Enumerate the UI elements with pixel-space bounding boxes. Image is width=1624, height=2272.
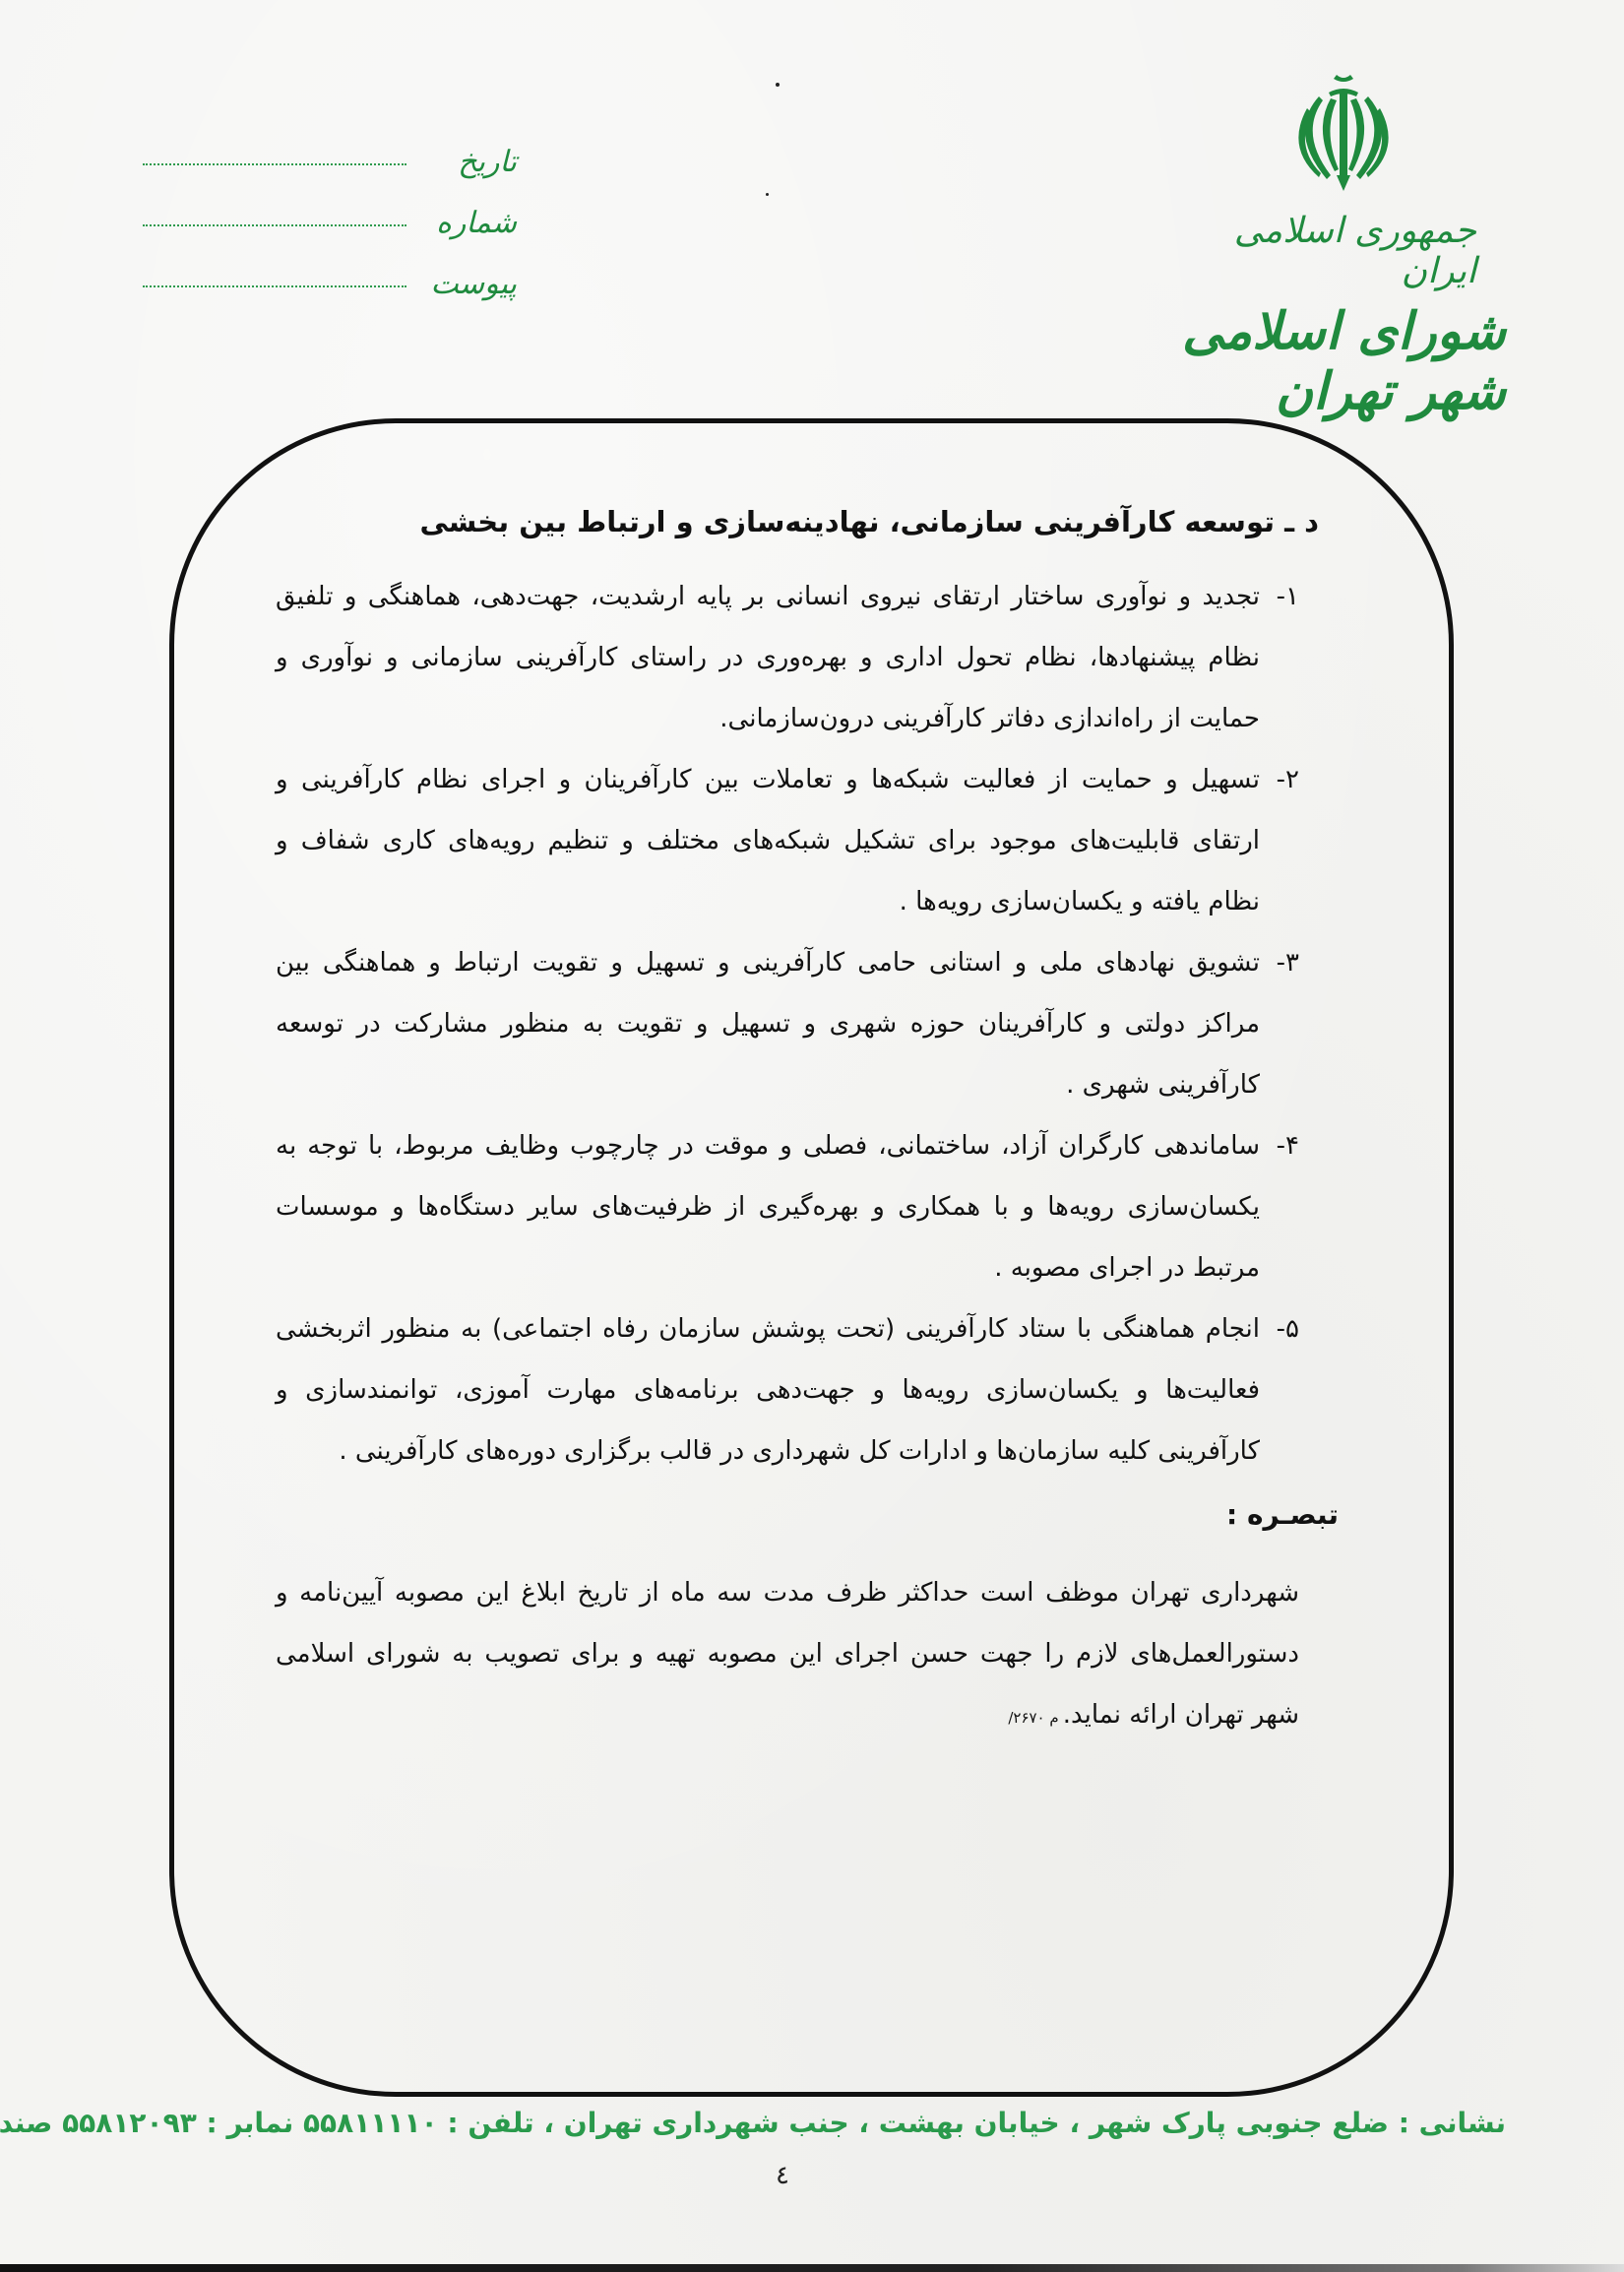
scan-edge (0, 2264, 1624, 2272)
item-number: ۵- (1260, 1298, 1299, 1482)
date-label: تاریخ (428, 145, 517, 179)
reference-code: م ۲۶۷۰/ (1008, 1709, 1058, 1727)
item-number: ۲- (1260, 749, 1299, 932)
document-body: د ـ توسعه کارآفرینی سازمانی، نهادینه‌ساز… (276, 497, 1299, 1748)
number-label: شماره (428, 206, 517, 240)
note-title: تبصـره : (276, 1485, 1339, 1545)
item-number: ۱- (1260, 566, 1299, 749)
republic-name: جمهوری اسلامی ایران (1181, 211, 1506, 291)
item-text: انجام هماهنگی با ستاد کارآفرینی (تحت پوش… (276, 1298, 1260, 1482)
item-number: ۳- (1260, 932, 1299, 1115)
scan-speck (776, 83, 780, 87)
page-number: ٤ (768, 2161, 797, 2190)
iran-emblem-icon (1280, 69, 1407, 197)
council-name: شورای اسلامی شهر تهران (1181, 301, 1506, 421)
list-item: ۵- انجام هماهنگی با ستاد کارآفرینی (تحت … (276, 1298, 1299, 1482)
scan-speck (766, 193, 769, 196)
list-item: ۲- تسهیل و حمایت از فعالیت شبکه‌ها و تعا… (276, 749, 1299, 932)
note-text: شهرداری تهران موظف است حداکثر ظرف مدت سه… (276, 1578, 1299, 1730)
date-field: تاریخ (143, 118, 517, 179)
number-value-line (143, 223, 406, 226)
item-number: ۴- (1260, 1115, 1299, 1298)
list-item: ۴- ساماندهی کارگران آزاد، ساختمانی، فصلی… (276, 1115, 1299, 1298)
footer-address: نشانی : ضلع جنوبی پارک شهر ، خیابان بهشت… (128, 2107, 1506, 2139)
letter-meta-fields: تاریخ شماره پیوست (143, 118, 517, 301)
item-text: ساماندهی کارگران آزاد، ساختمانی، فصلی و … (276, 1115, 1260, 1298)
attachment-field: پیوست (143, 240, 517, 301)
section-title: د ـ توسعه کارآفرینی سازمانی، نهادینه‌ساز… (276, 497, 1319, 546)
list-item: ۱- تجدید و نوآوری ساختار ارتقای نیروی ان… (276, 566, 1299, 749)
number-field: شماره (143, 179, 517, 240)
list-item: ۳- تشویق نهادهای ملی و استانی حامی کارآف… (276, 932, 1299, 1115)
item-text: تشویق نهادهای ملی و استانی حامی کارآفرین… (276, 932, 1260, 1115)
attachment-value-line (143, 284, 406, 287)
note-paragraph: شهرداری تهران موظف است حداکثر ظرف مدت سه… (276, 1562, 1299, 1748)
date-value-line (143, 162, 406, 165)
attachment-label: پیوست (428, 267, 517, 301)
item-text: تجدید و نوآوری ساختار ارتقای نیروی انسان… (276, 566, 1260, 749)
item-text: تسهیل و حمایت از فعالیت شبکه‌ها و تعاملا… (276, 749, 1260, 932)
letterhead: جمهوری اسلامی ایران شورای اسلامی شهر تهر… (1181, 69, 1506, 421)
